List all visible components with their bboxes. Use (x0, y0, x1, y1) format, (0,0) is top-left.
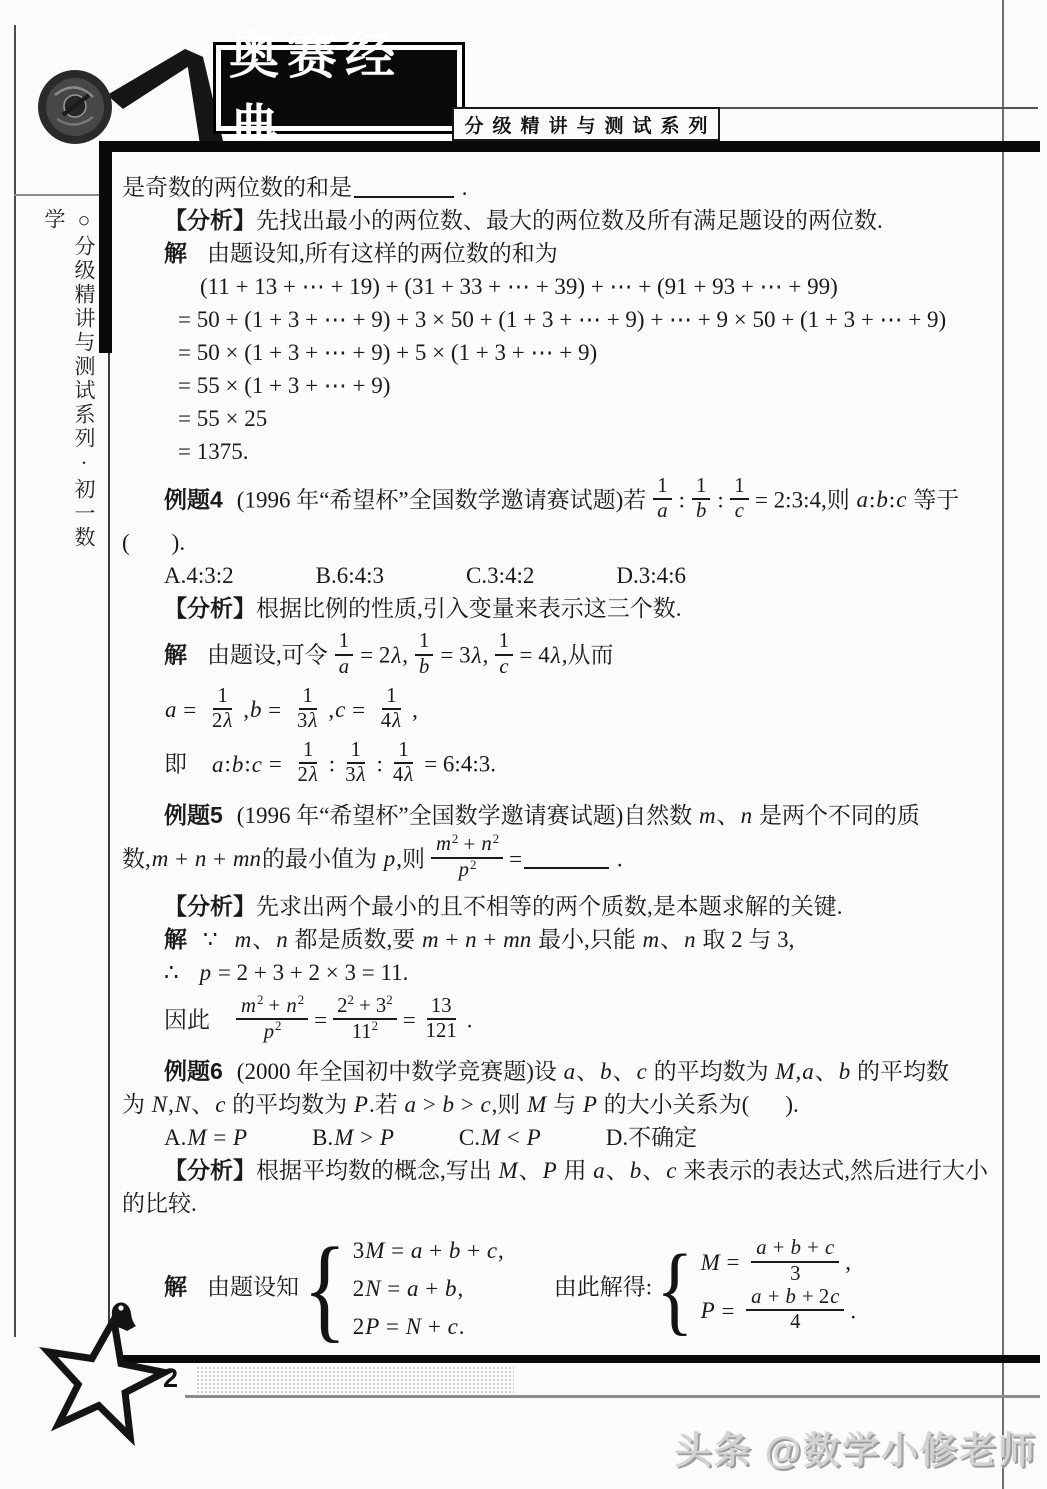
text-segment: 、 (642, 1158, 665, 1183)
fraction-numerator: 1 (382, 685, 400, 710)
text-segment: ( (122, 530, 130, 555)
fraction-denominator: 112 (348, 1020, 382, 1044)
math-variable: b (785, 1286, 797, 1308)
math-variable: b (695, 500, 707, 522)
fraction: 14λ (377, 685, 406, 733)
text-segment: 先找出最小的两位数、最大的两位数及所有满足题设的两位数. (256, 208, 883, 233)
math-variable: p (383, 846, 397, 871)
math-variable: a (406, 1276, 420, 1301)
text-segment: 的大小关系为( (598, 1092, 749, 1117)
system-equation-line: 3M = a + b + c, (353, 1232, 504, 1270)
content-line: (). (122, 526, 1002, 559)
fraction-numerator: 1 (213, 685, 231, 710)
bold-label: 【分析】 (164, 1157, 256, 1183)
content-line: 即a:b:c = 12λ:13λ:14λ= 6:4:3. (164, 742, 1002, 790)
text-segment: : (717, 487, 723, 512)
math-variable: n (740, 803, 754, 828)
math-variable: P (232, 1125, 248, 1150)
page-edge-line-left (14, 25, 16, 1337)
math-variable: b (448, 1238, 462, 1263)
text-segment: + (458, 833, 480, 855)
fraction: m2 + n2p2 (431, 833, 503, 883)
text-segment: + 3 (354, 995, 386, 1017)
text-segment: 由题设,可令 (207, 643, 328, 668)
text-segment: 是两个不同的质 (753, 803, 920, 828)
math-variable: c (665, 1158, 677, 1183)
content-line: 例题6(2000 年全国初中数学竞赛题)设 a、b、c 的平均数为 M,a、b … (164, 1055, 1002, 1088)
text-segment: = (314, 1007, 327, 1032)
text-segment: ). (785, 1092, 798, 1117)
math-variable: c (486, 1238, 498, 1263)
fraction-denominator: 4λ (377, 710, 406, 733)
text-segment: , (168, 1092, 174, 1117)
math-variable: a (801, 1059, 815, 1084)
text-segment: = 4 (520, 643, 550, 668)
math-variable: a (403, 1092, 417, 1117)
math-variable: λ (550, 643, 562, 668)
text-segment: = 2 (360, 643, 390, 668)
text-segment: 1 (398, 739, 408, 761)
content-line: 【分析】根据平均数的概念,写出 M、P 用 a、b、c 来表示的表达式,然后进行… (164, 1154, 1002, 1187)
fraction-numerator: a + b + c (751, 1237, 839, 1262)
fraction: 1b (414, 630, 434, 678)
math-variable: λ (308, 764, 319, 786)
text-segment: : (679, 487, 685, 512)
fraction: 14λ (389, 739, 418, 787)
text-segment: + (420, 1276, 444, 1301)
math-variable: n (464, 927, 478, 952)
text-segment: + (802, 1237, 824, 1259)
math-variable: N (174, 1092, 191, 1117)
logo-box: 奥赛经典 (213, 42, 465, 134)
text-segment: B. (312, 1125, 333, 1150)
system-brace: { (303, 1236, 347, 1341)
math-variable: N (151, 1092, 168, 1117)
content-line: a = 12λ,b = 13λ,c = 14λ, (164, 688, 1002, 736)
fraction: 1b (691, 475, 711, 523)
content-line: 的比较. (122, 1187, 1002, 1220)
fraction-numerator: m2 + n2 (236, 994, 308, 1020)
bold-label: 例题4 (164, 486, 223, 512)
fraction-numerator: 1 (299, 739, 317, 764)
main-content: 是奇数的两位数的和是 .【分析】先找出最小的两位数、最大的两位数及所有满足题设的… (122, 170, 1002, 1346)
text-segment: 因此 (164, 1007, 210, 1032)
fraction-denominator: c (730, 500, 749, 523)
text-segment: 等于 (907, 487, 959, 512)
content-line: ∴p = 2 + 3 + 2 × 3 = 11. (164, 956, 1002, 989)
math-variable: b (629, 1158, 643, 1183)
math-variable: m (421, 927, 440, 952)
math-variable: c (214, 1092, 226, 1117)
text-segment: . (850, 1298, 856, 1323)
text-segment: (1996 年“希望杯”全国数学邀请赛试题)若 (237, 487, 647, 512)
math-variable: b (599, 1059, 613, 1084)
text-segment: = 2:3:4,则 (755, 487, 856, 512)
fraction: 13λ (341, 739, 370, 787)
bold-label: 解 (164, 642, 187, 668)
math-variable: M (333, 1125, 354, 1150)
text-segment: ∴ (164, 960, 179, 985)
text-segment: 最小,只能 (532, 927, 641, 952)
text-segment: 1 (303, 739, 313, 761)
text-segment: 、 (717, 803, 740, 828)
text-segment: 的平均数 (851, 1059, 949, 1084)
math-variable: p (458, 859, 470, 881)
math-variable: m (435, 833, 452, 855)
text-segment: 的平均数为 (648, 1059, 775, 1084)
fraction-denominator: p2 (259, 1020, 286, 1044)
text-segment: 、 (660, 927, 683, 952)
math-variable: b (441, 1092, 455, 1117)
text-segment: 、 (815, 1059, 838, 1084)
fraction: m2 + n2p2 (236, 994, 308, 1044)
text-segment: : (329, 752, 335, 777)
text-segment: 、 (252, 927, 275, 952)
text-segment: , (458, 1276, 464, 1301)
fraction: 12λ (208, 685, 237, 733)
text-segment: = 55 × (1 + 3 + ⋯ + 9) (178, 373, 390, 398)
superscript: 2 (493, 832, 499, 846)
system-equation-line: 2P = N + c. (353, 1308, 504, 1346)
math-variable: M (498, 1158, 519, 1183)
math-variable: λ (403, 764, 414, 786)
text-segment: 的比较. (122, 1191, 197, 1216)
math-variable: m (698, 803, 717, 828)
text-segment: = (403, 1007, 416, 1032)
text-segment: ,则 (492, 1092, 527, 1117)
fraction-numerator: 13 (427, 995, 456, 1020)
system-brace: { (656, 1244, 693, 1334)
system-equation-line: M = a + b + c3, (700, 1240, 857, 1288)
content-line: 为 N,N、c 的平均数为 P.若 a > b > c,则 M 与 P 的大小关… (122, 1088, 1002, 1121)
math-variable: λ (471, 643, 483, 668)
text-segment: , (412, 697, 418, 722)
text-segment: 由题设知,所有这样的两位数的和为 (207, 241, 558, 266)
content-line: 是奇数的两位数的和是 . (122, 170, 1002, 204)
text-segment: 3 (790, 1263, 800, 1285)
math-variable: M (774, 1059, 795, 1084)
math-variable: n (285, 995, 297, 1017)
text-segment: > (455, 1092, 479, 1117)
text-segment: : (225, 752, 231, 777)
text-segment: 都是质数,要 (289, 927, 421, 952)
content-line: = 50 × (1 + 3 + ⋯ + 9) + 5 × (1 + 3 + ⋯ … (178, 336, 1002, 369)
text-segment: = 50 + (1 + 3 + ⋯ + 9) + 3 × 50 + (1 + 3… (178, 307, 946, 332)
text-segment: B.6:4:3 (316, 563, 384, 588)
math-variable: c (824, 1237, 835, 1259)
text-segment: 11 (352, 1021, 372, 1043)
text-segment: , (402, 643, 408, 668)
text-segment: + (768, 1237, 790, 1259)
text-segment: 1 (339, 630, 349, 652)
math-variable: M (480, 1125, 501, 1150)
content-line: = 55 × (1 + 3 + ⋯ + 9) (178, 369, 1002, 402)
text-segment: + (422, 1314, 446, 1339)
math-variable: b (838, 1059, 852, 1084)
fraction-denominator: a (334, 656, 354, 679)
fraction: 1c (730, 475, 749, 523)
text-segment: + (263, 995, 285, 1017)
math-variable: m (641, 927, 660, 952)
text-segment: . (459, 1314, 465, 1339)
text-segment: : (377, 752, 383, 777)
text-segment: 即 (164, 752, 187, 777)
math-variable: M (364, 1238, 385, 1263)
content-line: = 1375. (178, 435, 1002, 468)
bold-label: 解 (164, 240, 187, 266)
logo-title: 奥赛经典 (221, 50, 457, 126)
content-line: (11 + 13 + ⋯ + 19) + (31 + 33 + ⋯ + 39) … (200, 270, 1002, 303)
content-line: 解由题设知{3M = a + b + c,2N = a + b,2P = N +… (164, 1232, 1002, 1346)
math-variable: M (526, 1092, 547, 1117)
text-segment: (2000 年全国初中数学竞赛题)设 (237, 1059, 563, 1084)
text-segment: + (478, 927, 502, 952)
fraction-numerator: 22 + 32 (333, 994, 397, 1020)
math-variable: b (790, 1237, 802, 1259)
math-variable: c (479, 1092, 491, 1117)
text-segment: D.3:4:6 (616, 563, 686, 588)
book-page: 奥赛经典 分级精讲与测试系列 ○分级精讲与测试系列·初一数学 是奇数的两位数的和… (0, 0, 1047, 1489)
text-segment: = 50 × (1 + 3 + ⋯ + 9) + 5 × (1 + 3 + ⋯ … (178, 340, 597, 365)
content-left-rule (108, 353, 110, 1359)
math-variable: b (418, 656, 430, 678)
math-variable: a (592, 1158, 606, 1183)
text-segment: = (346, 697, 370, 722)
equation-system: {M = a + b + c3,P = a + b + 2c4. (656, 1240, 856, 1337)
math-variable: n (275, 927, 289, 952)
superscript: 2 (470, 858, 476, 872)
text-segment: 用 (558, 1158, 593, 1183)
page-edge-line-right (1002, 0, 1004, 1489)
math-variable: c (829, 1286, 840, 1308)
text-segment: . (611, 846, 623, 871)
math-variable: c (498, 656, 509, 678)
text-segment: 数, (122, 846, 151, 871)
text-segment: = 3 (440, 643, 470, 668)
math-variable: a (410, 1238, 424, 1263)
fraction-denominator: b (414, 656, 434, 679)
content-line: 解由题设知,所有这样的两位数的和为 (164, 237, 1002, 270)
text-segment: 由此解得: (554, 1274, 652, 1299)
text-segment: = 55 × 25 (178, 406, 267, 431)
text-segment: A.4:3:2 (164, 563, 234, 588)
math-variable: a (563, 1059, 577, 1084)
equation-system: {3M = a + b + c,2N = a + b,2P = N + c. (303, 1232, 504, 1346)
text-segment: ,从而 (562, 643, 614, 668)
content-line: 【分析】先找出最小的两位数、最大的两位数及所有满足题设的两位数. (164, 204, 1002, 237)
bold-label: 解 (164, 926, 187, 952)
series-label-box: 分级精讲与测试系列 (452, 107, 720, 141)
text-segment: = 2 + 3 + 2 × 3 = 11. (212, 960, 408, 985)
math-variable: M (700, 1250, 721, 1275)
text-segment: 2 (212, 710, 222, 732)
text-segment: + 2 (797, 1286, 829, 1308)
math-variable: M (186, 1125, 207, 1150)
blank-underline (354, 173, 454, 198)
bold-label: 例题5 (164, 802, 223, 828)
math-variable: m (234, 927, 253, 952)
text-segment: 1 (657, 475, 667, 497)
page-number: 2 (163, 1363, 178, 1394)
fraction: 1a (334, 630, 354, 678)
text-segment: 1 (217, 685, 227, 707)
text-segment: 是奇数的两位数的和是 (122, 175, 352, 200)
text-segment: , (498, 1238, 504, 1263)
text-segment: = (263, 697, 287, 722)
fraction-denominator: 3λ (293, 710, 322, 733)
text-segment: 、 (576, 1059, 599, 1084)
text-segment: 、 (519, 1158, 542, 1183)
math-variable: p (263, 1021, 275, 1043)
text-segment: 、 (613, 1059, 636, 1084)
text-segment: + (169, 846, 193, 871)
superscript: 2 (372, 1019, 378, 1033)
text-segment: 1 (696, 475, 706, 497)
content-line: 例题4(1996 年“希望杯”全国数学邀请赛试题)若1a:1b:1c= 2:3:… (164, 478, 1002, 526)
text-segment: 由题设知 (207, 1274, 299, 1299)
text-segment: > (354, 1125, 378, 1150)
superscript: 2 (386, 993, 392, 1007)
fraction-denominator: p2 (454, 859, 481, 883)
fraction-denominator: a (652, 500, 672, 523)
footer-rule (110, 1355, 1040, 1363)
text-segment: < (501, 1125, 525, 1150)
text-segment: (1996 年“希望杯”全国数学邀请赛试题)自然数 (237, 803, 698, 828)
sidebar-vertical-title: ○分级精讲与测试系列·初一数学 (53, 208, 99, 568)
fraction-denominator: 3 (786, 1263, 804, 1286)
fraction-numerator: a + b + 2c (746, 1286, 844, 1311)
text-segment: 、 (191, 1092, 214, 1117)
text-segment: ,则 (396, 846, 425, 871)
math-variable: P (582, 1092, 598, 1117)
fraction: 13λ (293, 685, 322, 733)
text-segment: 13 (431, 995, 452, 1017)
math-variable: b (249, 697, 263, 722)
content-line: = 50 + (1 + 3 + ⋯ + 9) + 3 × 50 + (1 + 3… (178, 303, 1002, 336)
fraction-denominator: 121 (422, 1020, 461, 1043)
watermark: 头条 @数学小修老师 (675, 1420, 1037, 1474)
fraction: 13121 (422, 995, 461, 1043)
text-segment: 取 2 与 3, (697, 927, 795, 952)
footer-gray-rule (185, 1395, 1040, 1398)
fraction-denominator: 4λ (389, 764, 418, 787)
text-segment: = (263, 752, 287, 777)
text-segment: + (763, 1286, 785, 1308)
math-variable: c (636, 1059, 648, 1084)
math-variable: P (364, 1314, 380, 1339)
text-segment: 1 (386, 685, 396, 707)
text-segment: : (244, 752, 250, 777)
fraction-numerator: 1 (692, 475, 710, 500)
math-variable: c (447, 1314, 459, 1339)
text-segment: . (467, 1007, 473, 1032)
math-variable: λ (222, 710, 233, 732)
text-segment: C. (459, 1125, 480, 1150)
fraction-denominator: c (494, 656, 513, 679)
fraction: 12λ (293, 739, 322, 787)
text-segment: = 1375. (178, 439, 248, 464)
sidebar-tick-line (14, 194, 102, 196)
math-variable: b (231, 752, 245, 777)
text-segment: ). (172, 530, 185, 555)
text-segment: = (380, 1314, 404, 1339)
text-segment: + (423, 1238, 447, 1263)
math-variable: a (750, 1286, 762, 1308)
math-variable: c (251, 752, 263, 777)
text-segment: + (461, 1238, 485, 1263)
fraction: 1a (652, 475, 672, 523)
text-segment: 来表示的表达式,然后进行大小 (677, 1158, 988, 1183)
fraction-numerator: m2 + n2 (431, 833, 503, 859)
text-segment: = (382, 1276, 406, 1301)
fraction-numerator: 1 (415, 630, 433, 655)
math-variable: N (364, 1276, 381, 1301)
math-variable: c (334, 697, 346, 722)
text-segment: 的最小值为 (262, 846, 383, 871)
content-line: 【分析】根据比例的性质,引入变量来表示这三个数. (164, 592, 1002, 625)
text-segment: , (845, 1250, 851, 1275)
math-variable: λ (307, 710, 318, 732)
text-segment: 、 (606, 1158, 629, 1183)
text-segment: 1 (419, 630, 429, 652)
bold-label: 例题6 (164, 1058, 223, 1084)
fraction-denominator: 3λ (341, 764, 370, 787)
math-variable: b (444, 1276, 458, 1301)
content-line: 例题5(1996 年“希望杯”全国数学邀请赛试题)自然数 m、n 是两个不同的质 (164, 799, 1002, 832)
math-variable: n (683, 927, 697, 952)
text-segment: + (440, 927, 464, 952)
text-segment: .若 (369, 1092, 404, 1117)
text-segment: 的平均数为 (226, 1092, 353, 1117)
math-variable: P (526, 1125, 542, 1150)
fraction-denominator: b (691, 500, 711, 523)
fraction: a + b + 2c4 (746, 1286, 844, 1334)
text-segment: 先求出两个最小的且不相等的两个质数,是本题求解的关键. (256, 894, 843, 919)
bold-label: 【分析】 (164, 207, 256, 233)
text-segment: 为 (122, 1092, 151, 1117)
math-variable: P (700, 1298, 716, 1323)
text-segment: 2 (337, 995, 347, 1017)
fraction-numerator: 1 (299, 685, 317, 710)
text-segment: 2 (297, 764, 307, 786)
math-variable: m (151, 846, 170, 871)
text-segment: 3 (345, 764, 355, 786)
header-rule (99, 141, 1040, 152)
content-line: A.4:3:2B.6:4:3C.3:4:2D.3:4:6 (164, 559, 1002, 592)
math-variable: a (755, 1237, 767, 1259)
superscript: 2 (275, 1019, 281, 1033)
text-segment: ∵ (203, 927, 218, 952)
text-segment: 1 (303, 685, 313, 707)
text-segment: 3 (297, 710, 307, 732)
text-segment: > (417, 1092, 441, 1117)
content-line: = 55 × 25 (178, 402, 1002, 435)
content-line: 解由题设,可令1a= 2λ,1b= 3λ,1c= 4λ,从而 (164, 633, 1002, 681)
superscript: 2 (298, 993, 304, 1007)
content-line: A.M = PB.M > PC.M < PD.不确定 (164, 1121, 1002, 1154)
math-variable: P (379, 1125, 395, 1150)
content-line: 解∵m、n 都是质数,要 m + n + mn 最小,只能 m、n 取 2 与 … (164, 923, 1002, 956)
math-variable: mn (232, 846, 262, 871)
text-segment: 2 (353, 1314, 365, 1339)
system-equation-line: P = a + b + 2c4. (700, 1289, 857, 1337)
text-segment: = (208, 1125, 232, 1150)
fraction: a + b + c3 (751, 1237, 839, 1285)
math-variable: N (405, 1314, 422, 1339)
math-variable: p (199, 960, 213, 985)
math-variable: λ (356, 764, 367, 786)
text-segment: 3 (353, 1238, 365, 1263)
